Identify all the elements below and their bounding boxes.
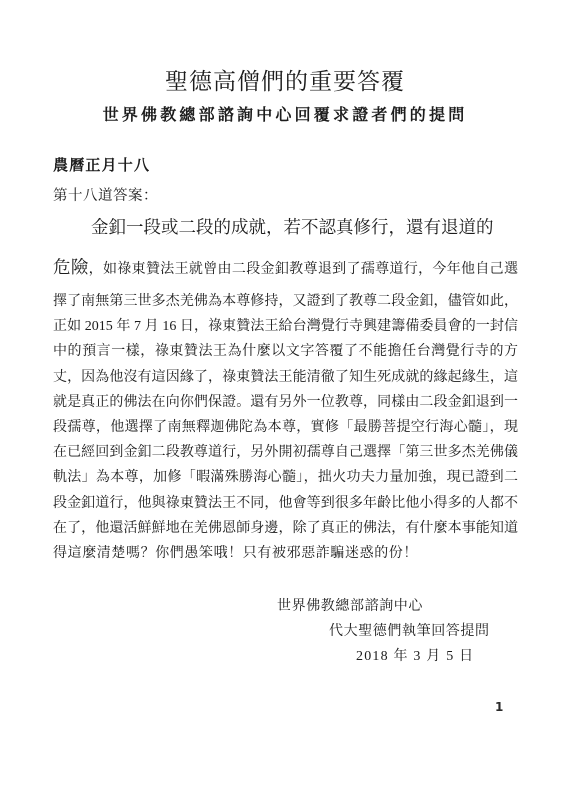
body-line: 正如 2015 年 7 月 16 日，祿東贊法王給台灣覺行寺興建籌備委員會的一封… [53,314,518,339]
body-line: 就是真正的佛法在向你們保證。還有另外一位教尊，同樣由二段金釦退到一 [53,390,518,415]
body-line-text: 就是真正的佛法在向你們保證。還有另外一位教尊，同樣由二段金釦退到一 [53,395,518,410]
body-line-text: 段孺尊，他選擇了南無釋迦佛陀為本尊，實修「最勝菩提空行海心髓」，現 [53,420,518,435]
body-line: 金釦一段或二段的成就，若不認真修行，還有退道的 [53,209,518,248]
body-line: 中的預言一樣，祿東贊法王為什麼以文字答覆了不能擔任台灣覺行寺的方 [53,339,518,364]
emphasis-text: 金釦一段或二段的成就，若不認真修行，還有退道的 [91,217,494,237]
body-line: 在了，他還活鮮鮮地在羌佛恩師身邊，除了真正的佛法，有什麼本事能知道 [53,516,518,541]
signature-org: 世界佛教總部諮詢中心 [277,595,423,615]
body-line-text: 得這麼清楚嗎？你們愚笨哦！只有被邪惡詐騙迷惑的份！ [53,546,418,561]
body-line: 丈，因為他沒有這因緣了，祿東贊法王能清徹了知生死成就的緣起緣生，這 [53,365,518,390]
body-line-text: 中的預言一樣，祿東贊法王為什麼以文字答覆了不能擔任台灣覺行寺的方 [53,344,518,359]
body-line-text: 段金釦道行，他與祿東贊法王不同，他會等到很多年齡比他小得多的人都不 [53,496,518,511]
body-line: 軌法」為本尊，加修「暇滿殊勝海心髓」，拙火功夫力量加強，現已證到二 [53,465,518,490]
document-title: 聖德高僧們的重要答覆 [0,63,570,96]
document-page: 聖德高僧們的重要答覆 世界佛教總部諮詢中心回覆求證者們的提問 農曆正月十八 第十… [0,0,570,806]
emphasis-text: 危險 [53,257,89,277]
body-line-text: 在已經回到金釦二段教尊道行，另外開初孺尊自己選擇「第三世多杰羌佛儀 [53,445,518,460]
body-line-text: 正如 2015 年 7 月 16 日，祿東贊法王給台灣覺行寺興建籌備委員會的一封… [53,319,518,334]
body-line: 得這麼清楚嗎？你們愚笨哦！只有被邪惡詐騙迷惑的份！ [53,541,518,566]
body-line-text: 軌法」為本尊，加修「暇滿殊勝海心髓」，拙火功夫力量加強，現已證到二 [53,470,518,485]
body-line-text: 擇了南無第三世多杰羌佛為本尊修持，又證到了教尊二段金釦，儘管如此， [53,294,518,309]
body-line-text: 在了，他還活鮮鮮地在羌佛恩師身邊，除了真正的佛法，有什麼本事能知道 [53,521,518,536]
answer-paragraph: 金釦一段或二段的成就，若不認真修行，還有退道的 危險，如祿東贊法王就曾由二段金釦… [53,209,518,566]
signature-author: 代大聖德們執筆回答提問 [329,620,490,640]
body-line: 段孺尊，他選擇了南無釋迦佛陀為本尊，實修「最勝菩提空行海心髓」，現 [53,415,518,440]
page-number: 1 [495,700,503,714]
signature-date: 2018 年 3 月 5 日 [356,645,474,665]
body-line: 擇了南無第三世多杰羌佛為本尊修持，又證到了教尊二段金釦，儘管如此， [53,289,518,314]
body-line-text: ，如祿東贊法王就曾由二段金釦教尊退到了孺尊道行，今年他自己選 [89,262,518,277]
document-subtitle: 世界佛教總部諮詢中心回覆求證者們的提問 [0,102,570,125]
lunar-date-heading: 農曆正月十八 [53,154,150,175]
body-line: 段金釦道行，他與祿東贊法王不同，他會等到很多年齡比他小得多的人都不 [53,491,518,516]
answer-number-heading: 第十八道答案： [53,184,158,205]
body-line-text: 丈，因為他沒有這因緣了，祿東贊法王能清徹了知生死成就的緣起緣生，這 [53,370,518,385]
body-line: 在已經回到金釦二段教尊道行，另外開初孺尊自己選擇「第三世多杰羌佛儀 [53,440,518,465]
body-line: 危險，如祿東贊法王就曾由二段金釦教尊退到了孺尊道行，今年他自己選 [53,248,518,289]
